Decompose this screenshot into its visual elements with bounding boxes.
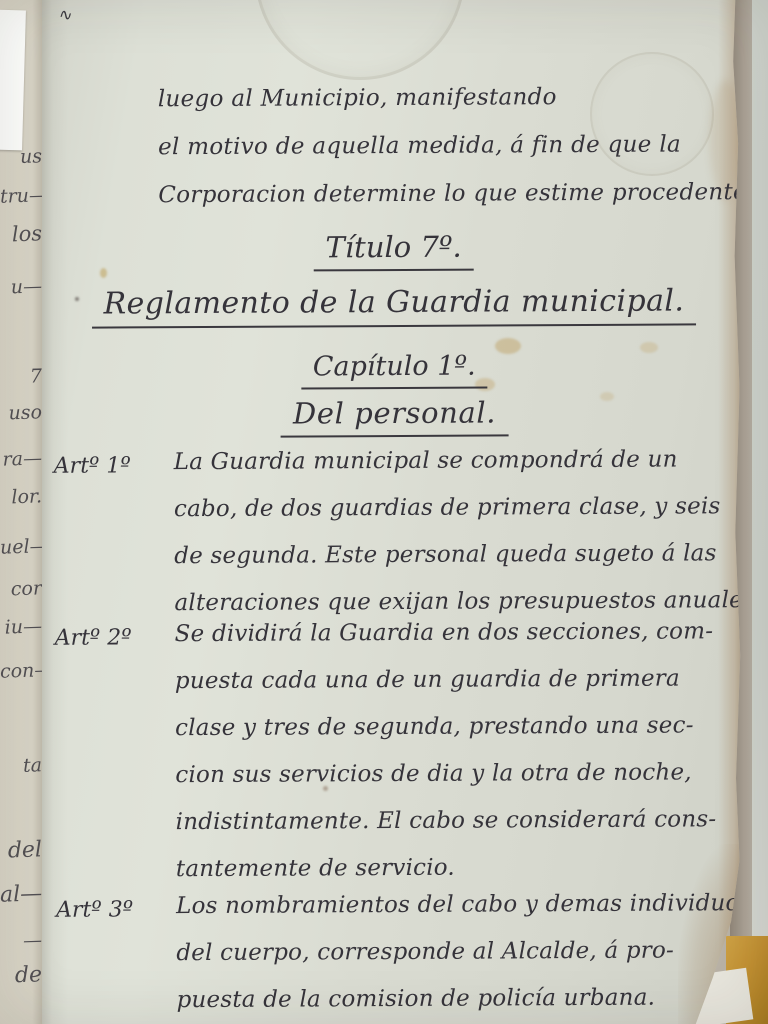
margin-fragment: 7	[0, 365, 42, 388]
text-line: Corporacion determine lo que estime proc…	[158, 168, 754, 219]
margin-fragment: —	[0, 929, 42, 952]
text-line: puesta de la comision de policía urbana.	[176, 974, 750, 1024]
margin-fragment: al—	[0, 881, 42, 907]
text-line: de segunda. Este personal queda sugeto á…	[174, 530, 748, 580]
article-2: Artº 2º Se dividirá la Guardia en dos se…	[43, 608, 750, 894]
margin-fragment: us	[0, 145, 42, 168]
heading-text: Del personal.	[281, 395, 508, 437]
margin-fragment: uel—	[0, 535, 42, 558]
margin-fragment: cor	[0, 577, 42, 600]
white-sticker	[0, 10, 26, 151]
margin-fragment: tru—	[0, 184, 42, 207]
heading-del-personal: Del personal.	[41, 394, 747, 432]
page-content: ∿ luego al Municipio, manifestando el mo…	[39, 0, 750, 1024]
article-body: Los nombramientos del cabo y demas indiv…	[176, 880, 751, 1024]
heading-titulo: Título 7º.	[41, 228, 747, 266]
article-3: Artº 3º Los nombramientos del cabo y dem…	[44, 880, 751, 1024]
margin-fragment: uso	[0, 401, 42, 424]
margin-fragment: ra—	[0, 447, 42, 470]
text-line: clase y tres de segunda, prestando una s…	[175, 702, 749, 752]
heading-text: Reglamento de la Guardia municipal.	[91, 283, 696, 328]
heading-reglamento: Reglamento de la Guardia municipal.	[41, 283, 747, 322]
article-body: Se dividirá la Guardia en dos secciones,…	[175, 608, 750, 893]
article-label: Artº 2º	[55, 614, 132, 661]
heading-text: Título 7º.	[313, 230, 473, 272]
text-line: indistintamente. El cabo se considerará …	[176, 796, 750, 846]
article-label: Artº 1º	[54, 442, 131, 489]
margin-fragment: de	[0, 962, 42, 988]
text-line: luego al Municipio, manifestando	[158, 72, 754, 123]
text-line: cabo, de dos guardias de primera clase, …	[174, 483, 748, 533]
text-line: el motivo de aquella medida, á fin de qu…	[158, 120, 754, 171]
intro-paragraph: luego al Municipio, manifestando el moti…	[158, 72, 755, 219]
article-body: La Guardia municipal se compondrá de un …	[174, 436, 749, 627]
article-label: Artº 3º	[56, 886, 133, 933]
text-line: puesta cada una de un guardia de primera	[175, 655, 749, 705]
text-line: del cuerpo, corresponde al Alcalde, á pr…	[176, 927, 750, 977]
text-line: cion sus servicios de dia y la otra de n…	[175, 749, 749, 799]
text-line: La Guardia municipal se compondrá de un	[174, 436, 748, 486]
margin-fragment: los	[0, 221, 42, 246]
margin-fragment: del	[0, 837, 42, 863]
manuscript-photo: us tru— los u— 7 uso ra— lor. uel— cor i…	[0, 0, 768, 1024]
stray-ink-stroke: ∿	[55, 4, 73, 27]
margin-fragment: ta	[0, 754, 42, 777]
article-1: Artº 1º La Guardia municipal se compondr…	[42, 436, 749, 628]
manuscript-page: ∿ luego al Municipio, manifestando el mo…	[42, 0, 748, 1024]
margin-fragment: con—	[0, 659, 42, 682]
margin-fragment: u—	[0, 275, 42, 298]
heading-capitulo: Capítulo 1º.	[41, 349, 747, 384]
margin-fragment: lor.	[0, 485, 42, 508]
text-line: Los nombramientos del cabo y demas indiv…	[176, 880, 750, 930]
heading-text: Capítulo 1º.	[301, 351, 488, 390]
margin-fragment: iu—	[0, 615, 42, 638]
text-line: Se dividirá la Guardia en dos secciones,…	[175, 608, 749, 658]
underlying-page: us tru— los u— 7 uso ra— lor. uel— cor i…	[0, 0, 46, 1024]
